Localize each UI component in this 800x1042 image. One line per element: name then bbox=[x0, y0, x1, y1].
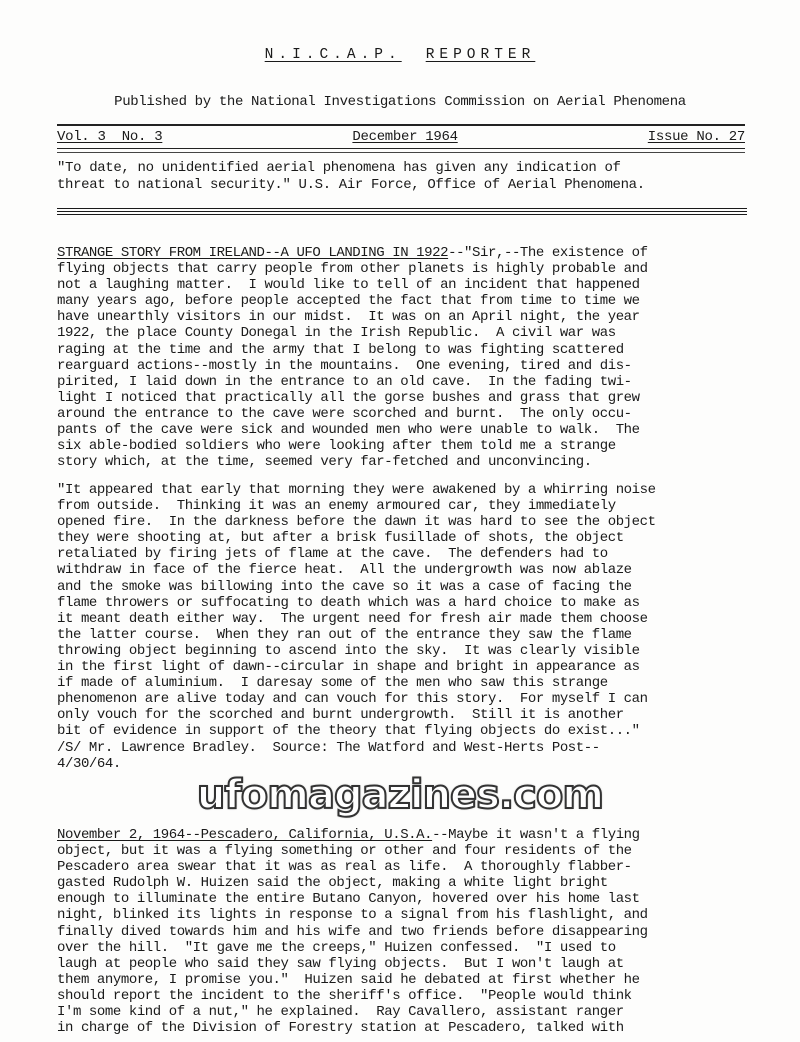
epigraph-quote: "To date, no unidentified aerial phenome… bbox=[57, 160, 757, 193]
article-line: Pescadero area swear that it was as real… bbox=[57, 859, 762, 875]
article-line: over the hill. "It gave me the creeps," … bbox=[57, 940, 762, 956]
article-line: should report the incident to the sherif… bbox=[57, 988, 762, 1004]
article-headline: November 2, 1964--Pescadero, California,… bbox=[57, 827, 432, 843]
article-line: have unearthly visitors in our midst. It… bbox=[57, 309, 762, 325]
article-line: bit of evidence in support of the theory… bbox=[57, 723, 762, 739]
article-line: raging at the time and the army that I b… bbox=[57, 342, 762, 358]
title-nicap: N.I.C.A.P. bbox=[265, 47, 402, 63]
article-line: night, blinked its lights in response to… bbox=[57, 907, 762, 923]
article-lead-text: --"Sir,--The existence of bbox=[448, 245, 648, 261]
article-line: 4/30/64. bbox=[57, 756, 762, 772]
article-headline: STRANGE STORY FROM IRELAND--A UFO LANDIN… bbox=[57, 245, 448, 261]
article-line: /S/ Mr. Lawrence Bradley. Source: The Wa… bbox=[57, 740, 762, 756]
article-line: from outside. Thinking it was an enemy a… bbox=[57, 498, 762, 514]
article-line: finally dived towards him and his wife a… bbox=[57, 924, 762, 940]
article-line: withdraw in face of the fierce heat. All… bbox=[57, 562, 762, 578]
article-line: them anymore, I promise you." Huizen sai… bbox=[57, 972, 762, 988]
article-line: "It appeared that early that morning the… bbox=[57, 482, 762, 498]
newsletter-title: N.I.C.A.P.REPORTER bbox=[0, 47, 800, 63]
article-pescadero: November 2, 1964--Pescadero, California,… bbox=[57, 827, 762, 1036]
article-line: the latter course. When they ran out of … bbox=[57, 627, 762, 643]
article-line: not a laughing matter. I would like to t… bbox=[57, 277, 762, 293]
article-line: in charge of the Division of Forestry st… bbox=[57, 1020, 762, 1036]
publisher-line: Published by the National Investigations… bbox=[0, 94, 800, 110]
newsletter-page: N.I.C.A.P.REPORTER Published by the Nati… bbox=[0, 0, 800, 1042]
article-line: around the entrance to the cave were sco… bbox=[57, 406, 762, 422]
article-first-line: November 2, 1964--Pescadero, California,… bbox=[57, 827, 762, 843]
article-first-line: STRANGE STORY FROM IRELAND--A UFO LANDIN… bbox=[57, 245, 762, 261]
article-line: in the first light of dawn--circular in … bbox=[57, 659, 762, 675]
article-lead-text: --Maybe it wasn't a flying bbox=[432, 827, 640, 843]
article-ireland-continued: "It appeared that early that morning the… bbox=[57, 482, 762, 772]
section-divider bbox=[57, 208, 747, 217]
article-line: rearguard actions--mostly in the mountai… bbox=[57, 358, 762, 374]
article-line: six able-bodied soldiers who were lookin… bbox=[57, 438, 762, 454]
article-line: flying objects that carry people from ot… bbox=[57, 261, 762, 277]
article-line: laugh at people who said they saw flying… bbox=[57, 956, 762, 972]
watermark: ufomagazines.com bbox=[0, 772, 800, 818]
article-line: 1922, the place County Donegal in the Ir… bbox=[57, 325, 762, 341]
article-line: many years ago, before people accepted t… bbox=[57, 293, 762, 309]
issue-number: Issue No. 27 bbox=[648, 129, 745, 145]
article-line: throwing object beginning to ascend into… bbox=[57, 643, 762, 659]
article-line: if made of aluminium. I daresay some of … bbox=[57, 675, 762, 691]
masthead-rule bbox=[57, 152, 745, 153]
title-reporter: REPORTER bbox=[426, 47, 536, 63]
article-line: enough to illuminate the entire Butano C… bbox=[57, 891, 762, 907]
masthead-rule bbox=[57, 148, 745, 149]
article-line: and the smoke was billowing into the cav… bbox=[57, 579, 762, 595]
article-line: retaliated by firing jets of flame at th… bbox=[57, 546, 762, 562]
article-line: pants of the cave were sick and wounded … bbox=[57, 422, 762, 438]
article-line: gasted Rudolph W. Huizen said the object… bbox=[57, 875, 762, 891]
article-line: object, but it was a flying something or… bbox=[57, 843, 762, 859]
article-ireland: STRANGE STORY FROM IRELAND--A UFO LANDIN… bbox=[57, 245, 762, 470]
article-line: opened fire. In the darkness before the … bbox=[57, 514, 762, 530]
epigraph-line: threat to national security." U.S. Air F… bbox=[57, 177, 757, 194]
issue-date: December 1964 bbox=[352, 129, 457, 145]
article-line: pirited, I laid down in the entrance to … bbox=[57, 374, 762, 390]
article-line: light I noticed that practically all the… bbox=[57, 390, 762, 406]
masthead: Vol. 3 No. 3 December 1964 Issue No. 27 bbox=[57, 124, 745, 148]
article-line: I'm some kind of a nut," he explained. R… bbox=[57, 1004, 762, 1020]
article-line: it meant death either way. The urgent ne… bbox=[57, 611, 762, 627]
volume-number: Vol. 3 No. 3 bbox=[57, 129, 162, 145]
article-line: they were shooting at, but after a brisk… bbox=[57, 530, 762, 546]
epigraph-line: "To date, no unidentified aerial phenome… bbox=[57, 160, 757, 177]
article-line: phenomenon are alive today and can vouch… bbox=[57, 691, 762, 707]
article-line: flame throwers or suffocating to death w… bbox=[57, 595, 762, 611]
article-line: story which, at the time, seemed very fa… bbox=[57, 454, 762, 470]
article-line: only vouch for the scorched and burnt un… bbox=[57, 707, 762, 723]
